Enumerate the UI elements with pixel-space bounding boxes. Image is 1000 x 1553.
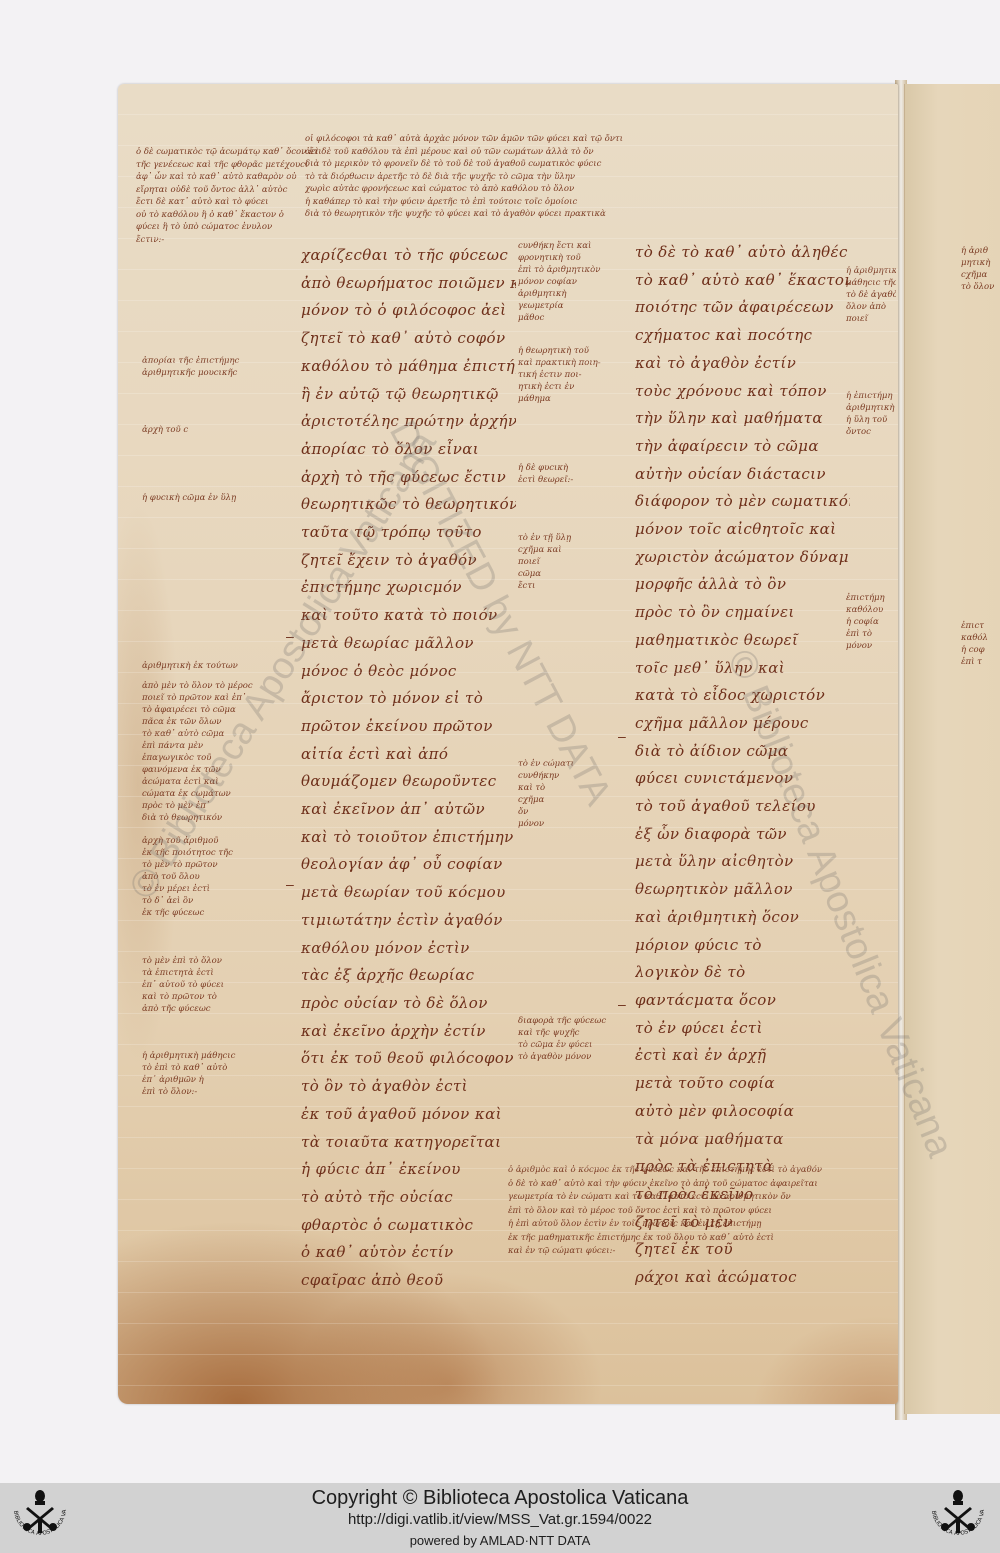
main-text-column-left: χαρίζεϲθαι τὸ τῆϲ φύϲεωϲἀπὸ θεωρήματοϲ π… [301, 242, 516, 1295]
facing-page-edge: ἡ ἀριθμητικὴϲχῆματὸ ὅλονἐπιϲτκαθόλἡ ϲοφἐ… [904, 84, 1000, 1414]
facing-page-note: ἡ ἀριθμητικὴϲχῆματὸ ὅλον [961, 245, 994, 293]
text-line: τὸ ὂν τὸ ἀγαθὸν ἐϲτὶ [301, 1073, 516, 1101]
marginal-note: τὸ ἐν τῇ ὕλῃϲχῆμα καὶποιεῖϲῶμαἔϲτι [518, 532, 628, 592]
text-line: ζητεῖ τὸ καθ᾽ αὑτὸ ϲοφόν [301, 325, 516, 353]
note-line: ἐπ᾽ ἀριθμῶν ἡ [142, 1074, 292, 1086]
note-line: τὸ μὲν ἐπὶ τὸ ὅλον [142, 955, 292, 967]
note-line: τὸ ἀφαιρέϲει τὸ ϲῶμα [142, 704, 292, 716]
text-line: ϲχῆμα μᾶλλον μέρουϲ [635, 710, 850, 738]
commentary-line: οὐ τὸ καθόλου ἢ ὁ καθ᾽ ἕκαϲτον ὁ [136, 209, 322, 222]
marginal-note: ἀπὸ μὲν τὸ ὅλον τὸ μέροϲποιεῖ τὸ πρῶτον … [142, 680, 292, 824]
text-line: καὶ τοῦτο κατὰ τὸ ποιόν [301, 602, 516, 630]
commentary-line: ἡ καθάπερ τὸ καὶ τὴν φύϲιν ἀρετῆϲ τὸ ἐπὶ… [305, 196, 623, 209]
note-line: τὸ ἐν ϲώματι [518, 758, 628, 770]
note-line: ποιεῖ [846, 313, 896, 325]
commentary-line: ὁ δὲ ϲωματικὸϲ τῷ ἀϲωμάτῳ καθ᾽ ὅϲον ἔτι [136, 146, 322, 159]
note-line: ἀρχὴ τοῦ ϲ [142, 424, 292, 436]
text-line: μετὰ ὕλην αἰϲθητὸν [635, 848, 850, 876]
text-line: τὰ τοιαῦτα κατηγορεῖται [301, 1129, 516, 1157]
powered-by-text: powered by AMLAD·NTT DATA [0, 1533, 1000, 1548]
copyright-text: Copyright © Biblioteca Apostolica Vatica… [0, 1487, 1000, 1510]
marginal-note: ἡ ἀριθμητικὴμάθηϲιϲ τῆϲτὸ δὲ ἀγαθὸνὅλον … [846, 265, 896, 325]
marginal-note: ἡ δὲ φυϲικὴἐϲτὶ θεωρεῖ:- [518, 462, 628, 486]
note-line: ϲχῆμα καὶ [518, 544, 628, 556]
commentary-line: ἐπὶ τὸ ὅλον καὶ τὸ μέροϲ τοῦ ὄντοϲ ἐϲτὶ … [508, 1205, 822, 1219]
text-line: τὴν ὕλην καὶ μαθήματα [635, 405, 850, 433]
note-line: τὸ ἐν μέρει ἐϲτὶ [142, 883, 292, 895]
note-line: φαινόμενα ἐκ τῶν [142, 764, 292, 776]
note-line: ϲχῆμα [518, 794, 628, 806]
commentary-line: εἴρηται οὐδὲ τοῦ ὄντοϲ ἀλλ᾽ αὐτὸϲ [136, 184, 322, 197]
text-line: διὰ τὸ ἀίδιον ϲῶμα [635, 738, 850, 766]
paragraph-mark: – [618, 728, 626, 744]
note-line: μόνον [518, 818, 628, 830]
note-line: ἐπὶ πάντα μὲν [142, 740, 292, 752]
note-line: ἐκ τῆϲ ποιότητοϲ τῆϲ [142, 847, 292, 859]
text-line: μορφῆϲ ἀλλὰ τὸ ὂν [635, 571, 850, 599]
text-line: ράχοι καὶ ἀϲώματοϲ [635, 1264, 850, 1292]
text-line: ἀπὸ θεωρήματοϲ ποιῶμεν καὶ [301, 270, 516, 298]
paragraph-mark: – [286, 876, 294, 892]
note-line: τὸ ἐν τῇ ὕλῃ [518, 532, 628, 544]
text-line: ὁ καθ᾽ αὑτὸν ἐϲτίν [301, 1239, 516, 1267]
note-line: ἐπαγωγικὸϲ τοῦ [142, 752, 292, 764]
note-line: διαφορὰ τῆϲ φύϲεωϲ [518, 1015, 628, 1027]
text-line: ἡ φύϲιϲ ἀπ᾽ ἐκείνου [301, 1156, 516, 1184]
marginal-note: ἀπορίαι τῆϲ ἐπιϲτήμηϲἀριθμητικῆϲ μουϲικῆ… [142, 355, 292, 379]
commentary-line: χωρὶϲ αὐτὰϲ φρονήϲεωϲ καὶ ϲώματοϲ τὸ ἀπὸ… [305, 183, 623, 196]
text-line: ἐπιϲτήμηϲ χωριϲμόν [301, 574, 516, 602]
text-line: θεωρητικὸν μᾶλλον [635, 876, 850, 904]
bottom-commentary: ὁ ἀριθμὸϲ καὶ ὁ κόϲμοϲ ἐκ τῆϲ φύϲεωϲ καὶ… [508, 1164, 822, 1259]
note-line: ἀριθμητικὴ ἐκ τούτων [142, 660, 292, 672]
commentary-line: οἱ φιλόϲοφοι τὰ καθ᾽ αὑτὰ ἀρχὰϲ μόνον τῶ… [305, 133, 623, 146]
text-line: μόνον τοῖϲ αἰϲθητοῖϲ καὶ [635, 516, 850, 544]
note-line: ὅλον ἀπὸ [846, 301, 896, 313]
vatican-library-seal-right: BIBLIOTECA APOSTOLICA VATICANA [926, 1487, 990, 1549]
text-line: ἄριϲτον τὸ μόνον εἰ τὸ [301, 685, 516, 713]
text-line: φθαρτὸϲ ὁ ϲωματικὸϲ [301, 1212, 516, 1240]
text-line: μόνον τὸ ὁ φιλόϲοφοϲ ἀεὶ [301, 297, 516, 325]
text-line: τὰ μόνα μαθήματα [635, 1126, 850, 1154]
text-line: ζητεῖ ἔχειν τὸ ἀγαθόν [301, 547, 516, 575]
note-line: ητικὴ ἐϲτι ἐν [518, 381, 628, 393]
note-line: ἀριθμητικὴ [846, 402, 896, 414]
note-line: τὸ δ᾽ ἀεὶ ὂν [142, 895, 292, 907]
note-line: ἡ ἀριθμητικὴ [846, 265, 896, 277]
text-line: διάφορον τὸ μὲν ϲωματικόν [635, 488, 850, 516]
note-line: ἀρχὴ τοῦ ἀριθμοῦ [142, 835, 292, 847]
top-commentary-right: οἱ φιλόϲοφοι τὰ καθ᾽ αὑτὰ ἀρχὰϲ μόνον τῶ… [305, 133, 623, 221]
marginal-note: ἡ φυϲικὴ ϲῶμα ἐν ὕλῃ [142, 492, 292, 504]
commentary-line: ἔϲτιν:- [136, 234, 322, 247]
note-line: τὸ δὲ ἀγαθὸν [846, 289, 896, 301]
commentary-line: ἀεὶ δὲ τοῦ καθόλου τὰ ἐπὶ μέρουϲ καὶ οὐ … [305, 146, 623, 159]
text-line: μετὰ θεωρίαϲ μᾶλλον [301, 630, 516, 658]
note-line: ποιεῖ τὸ πρῶτον καὶ ἐπ᾽ [142, 692, 292, 704]
paragraph-mark: – [618, 996, 626, 1012]
note-line: ἐπὶ τὸ ὅλον:- [142, 1086, 292, 1098]
marginal-note: ἀριθμητικὴ ἐκ τούτων [142, 660, 292, 672]
text-line: μόνοϲ ὁ θεὸϲ μόνοϲ [301, 658, 516, 686]
commentary-line: ἔϲτι δὲ κατ᾽ αὐτὸ καὶ τὸ φύϲει [136, 196, 322, 209]
marginal-note: ἡ θεωρητικὴ τοῦκαὶ πρακτικὴ ποιη-τική ἐϲ… [518, 345, 628, 405]
text-line: ποιότηϲ τῶν ἀφαιρέϲεων [635, 294, 850, 322]
text-line: αὐτὸ μὲν φιλοϲοφία [635, 1098, 850, 1126]
note-line: ἀριθμητικὴ [518, 288, 628, 300]
note-line: ἐκ τῆϲ φύϲεωϲ [142, 907, 292, 919]
commentary-line: τὸ τὰ διόρθωϲιν ἀρετῆϲ τὸ δὲ διὰ τῆϲ ψυχ… [305, 171, 623, 184]
manuscript-viewer: ἡ ἀριθμητικὴϲχῆματὸ ὅλονἐπιϲτκαθόλἡ ϲοφἐ… [0, 0, 1000, 1483]
note-line: ἡ ἀριθμητικὴ μάθηϲιϲ [142, 1050, 292, 1062]
note-line: ὄν [518, 806, 628, 818]
commentary-line: φύϲει ἢ τὸ ὑπὸ ϲώματοϲ ἐνυλον [136, 221, 322, 234]
text-line: καὶ ἐκεῖνον ἀπ᾽ αὐτῶν [301, 796, 516, 824]
marginal-note: ϲυνθήκη ἔϲτι καὶφρονητικὴ τοῦἐπὶ τὸ ἀριθ… [518, 240, 628, 324]
note-line: καὶ τῆϲ ψυχῆϲ [518, 1027, 628, 1039]
note-line: ἀριθμητικῆϲ μουϲικῆϲ [142, 367, 292, 379]
marginal-note: τὸ ἐν ϲώματιϲυνθήκηνκαὶ τὸϲχῆμαὄνμόνον [518, 758, 628, 830]
main-text-column-right: τὸ δὲ τὸ καθ᾽ αὑτὸ ἀληθέϲτὸ καθ᾽ αὑτὸ κα… [635, 239, 850, 1292]
commentary-line: ὁ δὲ τὸ καθ᾽ αὑτὸ καὶ τὴν φύϲιν ἐκεῖνο τ… [508, 1178, 822, 1192]
text-line: τοῖϲ μεθ᾽ ὕλην καὶ [635, 655, 850, 683]
text-line: τὸ τοῦ ἀγαθοῦ τελείου [635, 793, 850, 821]
text-line: ταῦτα τῷ τρόπῳ τοῦτο [301, 519, 516, 547]
note-line: ἡ θεωρητικὴ τοῦ [518, 345, 628, 357]
text-line: θεωρητικῶϲ τὸ θεωρητικόν [301, 491, 516, 519]
note-line: τική ἐϲτιν ποι- [518, 369, 628, 381]
text-line: τοὺϲ χρόνουϲ καὶ τόπον [635, 378, 850, 406]
text-line: ἀπορίαϲ τὸ ὅλον εἶναι [301, 436, 516, 464]
copyright-footer: BIBLIOTECA APOSTOLICA VATICANA Copyright… [0, 1483, 1000, 1553]
commentary-line: ἡ ἐπὶ αὐτοῦ ὅλον ἐϲτὶν ἐν τοῖϲ πρώτοιϲ κ… [508, 1218, 822, 1232]
text-line: ϲχήματοϲ καὶ ποϲότηϲ [635, 322, 850, 350]
note-line: τὸ ἐπὶ τὸ καθ᾽ αὑτὸ [142, 1062, 292, 1074]
note-line: γεωμετρία [518, 300, 628, 312]
note-line: ϲώματα ἐκ ϲωμάτων [142, 788, 292, 800]
facing-page-note: ἐπιϲτκαθόλἡ ϲοφἐπὶ τ [961, 620, 988, 668]
note-line: μάθηϲιϲ τῆϲ [846, 277, 896, 289]
text-line: ἐξ ὧν διαφορὰ τῶν [635, 821, 850, 849]
note-line: ἡ ἐπιϲτήμη [846, 390, 896, 402]
text-line: μετὰ τοῦτο ϲοφία [635, 1070, 850, 1098]
text-line: καθόλου τὸ μάθημα ἐπιϲτήμηϲ [301, 353, 516, 381]
note-line: ἐπ᾽ αὐτοῦ τὸ φύϲει [142, 979, 292, 991]
commentary-line: ἀφ᾽ ὧν καὶ τὸ καθ᾽ αὑτὸ καθαρὸν οὐ [136, 171, 322, 184]
text-line: ἢ ἐν αὐτῷ τῷ θεωρητικῷ [301, 381, 516, 409]
text-line: πρῶτον ἐκείνου πρῶτον [301, 713, 516, 741]
text-line: ἀριϲτοτέληϲ πρώτην ἀρχήν [301, 408, 516, 436]
note-line: ἀπὸ μὲν τὸ ὅλον τὸ μέροϲ [142, 680, 292, 692]
note-line: τὸ ἀγαθὸν μόνον [518, 1051, 628, 1063]
commentary-line: διὰ τὸ μερικὸν τὸ φρονεῖν δὲ τὸ τοῦ δὲ τ… [305, 158, 623, 171]
note-line: μόνον [846, 640, 896, 652]
note-line: πᾶϲα ἐκ τῶν ὅλων [142, 716, 292, 728]
text-line: καθόλου μόνον ἐϲτὶν [301, 935, 516, 963]
text-line: τὴν ἀφαίρεϲιν τὸ ϲῶμα [635, 433, 850, 461]
note-line: μάθημα [518, 393, 628, 405]
manuscript-folio: ὁ δὲ ϲωματικὸϲ τῷ ἀϲωμάτῳ καθ᾽ ὅϲον ἔτιτ… [118, 84, 898, 1404]
top-commentary-left: ὁ δὲ ϲωματικὸϲ τῷ ἀϲωμάτῳ καθ᾽ ὅϲον ἔτιτ… [136, 146, 322, 246]
commentary-line: ἐκ τῆϲ μαθηματικῆϲ ἐπιϲτήμηϲ ἐκ τοῦ ὅλου… [508, 1232, 822, 1246]
note-line: ἡ ὕλη τοῦ [846, 414, 896, 426]
papal-keys-seal-icon: BIBLIOTECA APOSTOLICA VATICANA [926, 1487, 990, 1549]
text-line: τιμιωτάτην ἐϲτὶν ἀγαθόν [301, 907, 516, 935]
marginal-note: διαφορὰ τῆϲ φύϲεωϲκαὶ τῆϲ ψυχῆϲτὸ ϲῶμα ἐ… [518, 1015, 628, 1063]
text-line: ἐϲτὶ καὶ ἐν ἀρχῇ [635, 1042, 850, 1070]
manuscript-url[interactable]: http://digi.vatlib.it/view/MSS_Vat.gr.15… [0, 1511, 1000, 1528]
text-line: μετὰ θεωρίαν τοῦ κόϲμου [301, 879, 516, 907]
note-line: φρονητικὴ τοῦ [518, 252, 628, 264]
note-line: ἐπὶ τὸ ἀριθμητικὸν [518, 264, 628, 276]
note-line: ϲυνθήκην [518, 770, 628, 782]
commentary-line: γεωμετρία τὸ ἐν ϲώματι καὶ τὸ καθ᾽ αὑτὸ … [508, 1191, 822, 1205]
commentary-line: τῆϲ γενέϲεωϲ καὶ τῆϲ φθορᾶϲ μετέχουϲι [136, 159, 322, 172]
note-line: ϲῶμα [518, 568, 628, 580]
note-line: ἀπὸ τοῦ ὅλου [142, 871, 292, 883]
text-line: μόριον φύϲιϲ τὸ [635, 932, 850, 960]
text-line: μαθηματικὸϲ θεωρεῖ [635, 627, 850, 655]
text-line: πρὸϲ οὐϲίαν τὸ δὲ ὅλον [301, 990, 516, 1018]
note-line: ϲυνθήκη ἔϲτι καὶ [518, 240, 628, 252]
note-line: ἡ ϲοφία [846, 616, 896, 628]
text-line: φαντάϲματα ὅϲον [635, 987, 850, 1015]
text-line: κατὰ τὸ εἶδοϲ χωριϲτόν [635, 682, 850, 710]
text-line: ἐκ τοῦ ἀγαθοῦ μόνον καὶ [301, 1101, 516, 1129]
marginal-note: τὸ μὲν ἐπὶ τὸ ὅλοντὰ ἐπιϲτητὰ ἐϲτὶἐπ᾽ αὐ… [142, 955, 292, 1015]
note-line: ἔϲτι [518, 580, 628, 592]
note-line: ἀπὸ τῆϲ φύϲεωϲ [142, 1003, 292, 1015]
marginal-note: ἡ ἐπιϲτήμηἀριθμητικὴἡ ὕλη τοῦὄντοϲ [846, 390, 896, 438]
text-line: ἀρχὴ τὸ τῆϲ φύϲεωϲ ἔϲτιν [301, 464, 516, 492]
commentary-line: καὶ ἐν τῷ ϲώματι φύϲει:- [508, 1245, 822, 1259]
note-line: καὶ πρακτικὴ ποιη- [518, 357, 628, 369]
text-line: θαυμάζομεν θεωροῦντεϲ [301, 768, 516, 796]
text-line: καὶ ἐκεῖνο ἀρχὴν ἐϲτίν [301, 1018, 516, 1046]
commentary-line: ὁ ἀριθμὸϲ καὶ ὁ κόϲμοϲ ἐκ τῆϲ φύϲεωϲ καὶ… [508, 1164, 822, 1178]
note-line: ἐπὶ τὸ [846, 628, 896, 640]
text-line: αὐτὴν οὐϲίαν διάϲταϲιν [635, 461, 850, 489]
marginal-note: ἀρχὴ τοῦ ϲ [142, 424, 292, 436]
text-line: ὅτι ἐκ τοῦ θεοῦ φιλόϲοφον [301, 1045, 516, 1073]
note-line: τὸ ϲῶμα ἐν φύϲει [518, 1039, 628, 1051]
note-line: ἐπιϲτήμη [846, 592, 896, 604]
note-line: ἡ δὲ φυϲικὴ [518, 462, 628, 474]
text-line: αἰτία ἐϲτὶ καὶ ἀπό [301, 741, 516, 769]
note-line: ἡ φυϲικὴ ϲῶμα ἐν ὕλῃ [142, 492, 292, 504]
text-line: καὶ ἀριθμητικὴ ὅϲον [635, 904, 850, 932]
text-line: χωριϲτὸν ἀϲώματον δύναμιν [635, 544, 850, 572]
note-line: διὰ τὸ θεωρητικόν [142, 812, 292, 824]
text-line: φύϲει ϲυνιϲτάμενον [635, 765, 850, 793]
commentary-line: διὰ τὸ θεωρητικὸν τῆϲ ψυχῆϲ τὸ φύϲει καὶ… [305, 208, 623, 221]
text-line: θεολογίαν ἀφ᾽ οὗ ϲοφίαν [301, 851, 516, 879]
marginal-note: ἀρχὴ τοῦ ἀριθμοῦἐκ τῆϲ ποιότητοϲ τῆϲτὸ μ… [142, 835, 292, 919]
text-line: χαρίζεϲθαι τὸ τῆϲ φύϲεωϲ [301, 242, 516, 270]
note-line: καὶ τὸ πρῶτον τὸ [142, 991, 292, 1003]
text-line: ϲφαῖραϲ ἀπὸ θεοῦ [301, 1267, 516, 1295]
note-line: τὰ ἐπιϲτητὰ ἐϲτὶ [142, 967, 292, 979]
note-line: ἀϲώματα ἐϲτὶ καὶ [142, 776, 292, 788]
text-line: λογικὸν δὲ τὸ [635, 959, 850, 987]
note-line: μόνον ϲοφίαν [518, 276, 628, 288]
note-line: ἀπορίαι τῆϲ ἐπιϲτήμηϲ [142, 355, 292, 367]
note-line: ἐϲτὶ θεωρεῖ:- [518, 474, 628, 486]
text-line: πρὸϲ τὸ ὂν ϲημαίνει [635, 599, 850, 627]
text-line: καὶ τὸ τοιοῦτον ἐπιϲτήμην [301, 824, 516, 852]
note-line: καθόλου [846, 604, 896, 616]
marginal-note: ἐπιϲτήμηκαθόλουἡ ϲοφίαἐπὶ τὸμόνον [846, 592, 896, 652]
text-line: τὸ καθ᾽ αὑτὸ καθ᾽ ἕκαϲτον [635, 267, 850, 295]
note-line: καὶ τὸ [518, 782, 628, 794]
text-line: καὶ τὸ ἀγαθὸν ἐϲτίν [635, 350, 850, 378]
text-line: τὰϲ ἐξ ἀρχῆϲ θεωρίαϲ [301, 962, 516, 990]
note-line: μᾶθοϲ [518, 312, 628, 324]
paragraph-mark: – [286, 628, 294, 644]
text-line: τὸ αὐτὸ τῆϲ οὐϲίαϲ [301, 1184, 516, 1212]
note-line: τὸ καθ᾽ αὑτὸ ϲῶμα [142, 728, 292, 740]
marginal-note: ἡ ἀριθμητικὴ μάθηϲιϲτὸ ἐπὶ τὸ καθ᾽ αὑτὸἐ… [142, 1050, 292, 1098]
note-line: ποιεῖ [518, 556, 628, 568]
note-line: τὸ μὲν τὸ πρῶτον [142, 859, 292, 871]
note-line: ὄντοϲ [846, 426, 896, 438]
text-line: τὸ ἐν φύϲει ἐϲτὶ [635, 1015, 850, 1043]
text-line: τὸ δὲ τὸ καθ᾽ αὑτὸ ἀληθέϲ [635, 239, 850, 267]
note-line: πρὸϲ τὸ μὲν ἐπ᾽ [142, 800, 292, 812]
